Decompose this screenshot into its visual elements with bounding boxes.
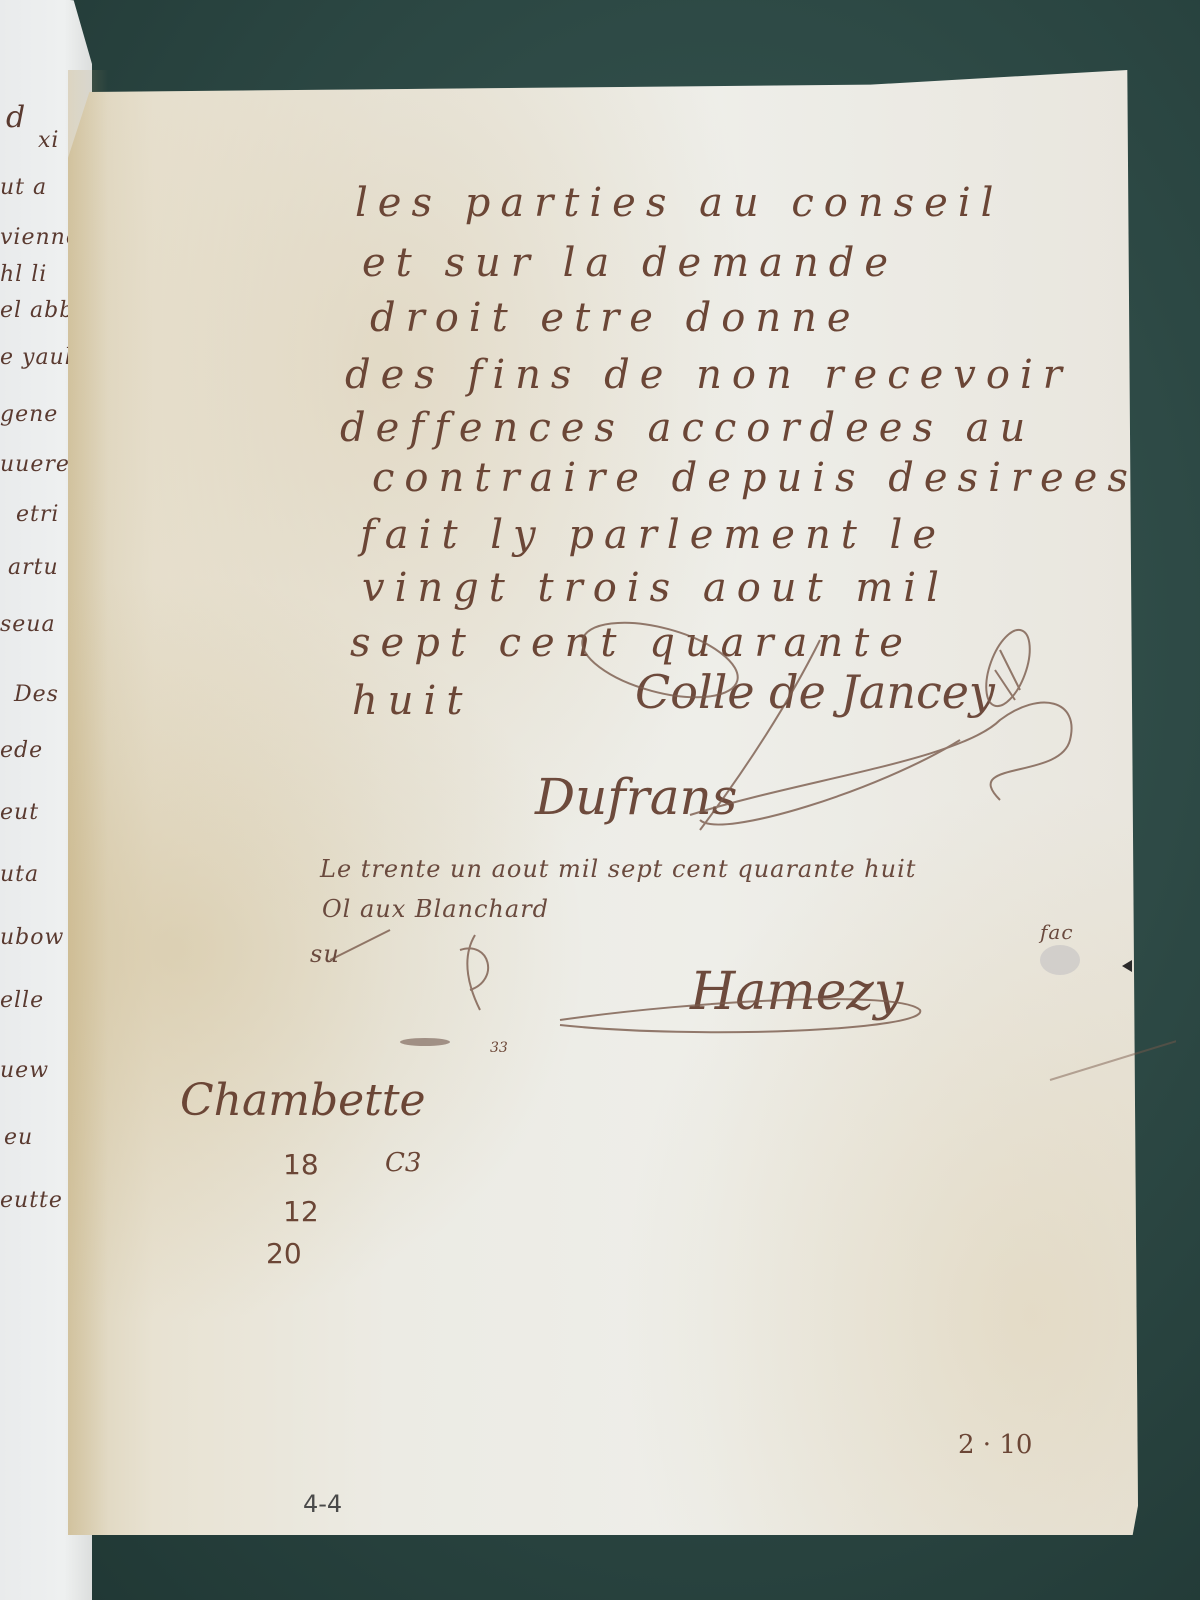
margin-number: 12	[283, 1195, 319, 1228]
signature-colle-de-jancey: Colle de Jancey	[635, 665, 995, 719]
facing-page-text: gene	[0, 402, 58, 427]
body-line: sept cent quarante	[350, 620, 913, 666]
facing-page-text: d	[6, 100, 26, 135]
folio-number: 2 · 10	[958, 1430, 1032, 1460]
body-line: et sur la demande	[362, 240, 898, 286]
annotation-date-line: Le trente un aout mil sept cent quarante…	[320, 855, 916, 883]
body-line: les parties au conseil	[355, 180, 1003, 226]
margin-number: 18	[283, 1148, 319, 1181]
facing-page-text: eut	[0, 800, 39, 825]
margin-number: 20	[266, 1237, 302, 1270]
annotation-name-line: Ol aux Blanchard	[322, 895, 549, 923]
facing-page-text: hl li	[0, 262, 47, 287]
body-line: deffences accordees au	[340, 405, 1035, 451]
facing-page-text: seua	[0, 612, 56, 637]
facing-page-text: Des	[14, 682, 59, 707]
facing-page-text: elle	[0, 988, 44, 1013]
facing-page-text: ede	[0, 738, 43, 763]
facing-page-text: eutte	[0, 1188, 63, 1213]
facing-page-text: ut a	[0, 175, 47, 200]
annotation-small: su	[310, 940, 340, 968]
pencil-folio-mark: 4-4	[303, 1490, 342, 1518]
margin-note-extra: C3	[385, 1148, 421, 1178]
facing-page-text: artu	[8, 555, 59, 580]
signature-dufrans: Dufrans	[535, 768, 737, 826]
body-line: huit	[352, 678, 472, 724]
facing-page-text: eu	[4, 1125, 33, 1150]
annotation-small: fac	[1040, 920, 1074, 944]
stain-mark	[1040, 945, 1080, 975]
small-mark: 33	[490, 1040, 508, 1056]
facing-page-text: ubow	[0, 925, 64, 950]
facing-page-text: uuere	[0, 452, 70, 477]
page-edge-marker	[1122, 960, 1132, 972]
facing-page-text: etri	[16, 502, 59, 527]
body-line: fait ly parlement le	[360, 512, 946, 558]
body-line: des fins de non recevoir	[345, 352, 1072, 398]
page-gutter-shadow	[68, 70, 108, 1535]
body-line: droit etre donne	[370, 295, 861, 341]
body-line: vingt trois aout mil	[362, 565, 949, 611]
facing-page-text: uta	[0, 862, 39, 887]
body-line: contraire depuis desirees	[372, 455, 1138, 501]
facing-page-text: uew	[0, 1058, 49, 1083]
signature-hamezy: Hamezy	[690, 962, 903, 1022]
facing-page-text: xi	[38, 128, 59, 153]
stain-mark	[400, 1038, 450, 1046]
margin-note-name: Chambette	[180, 1075, 426, 1126]
